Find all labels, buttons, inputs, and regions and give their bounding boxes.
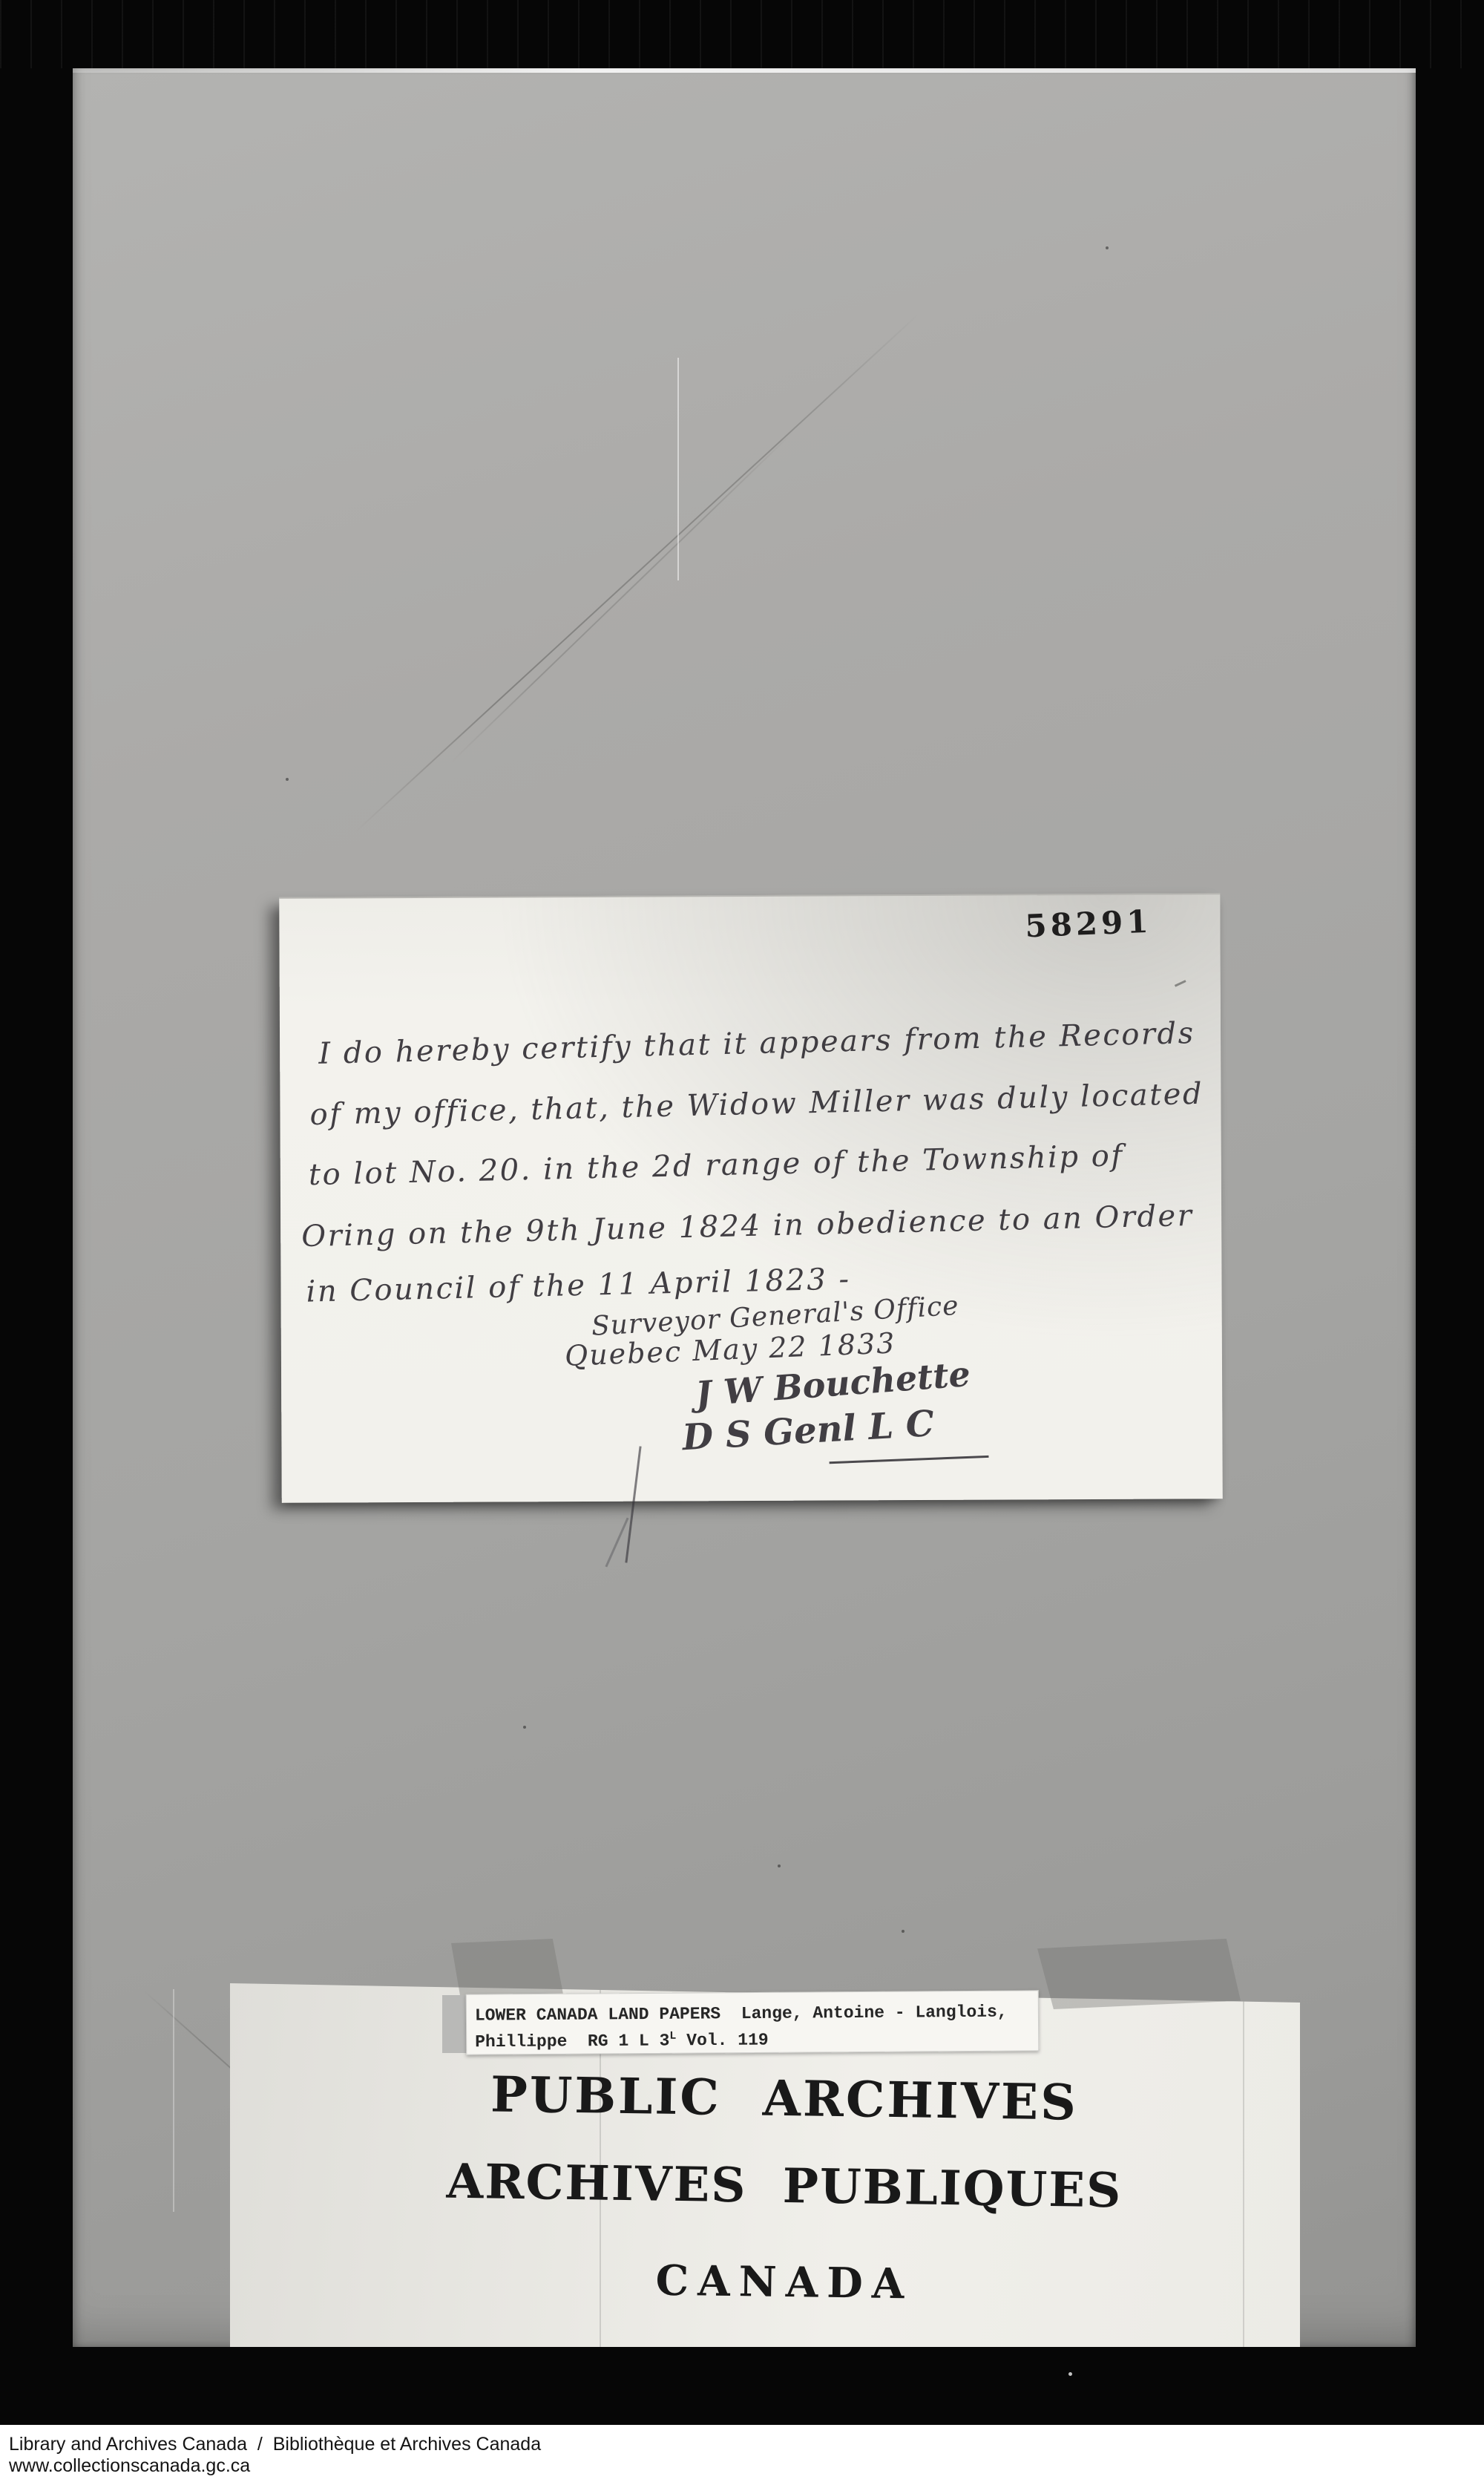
label-line-2-text: Phillippe RG 1 L 3: [475, 2031, 669, 2052]
paper-scratch: [173, 1989, 174, 2212]
signature-underline: [830, 1456, 989, 1464]
footer-url: www.collectionscanada.gc.ca: [9, 2455, 1484, 2477]
handwriting-line: of my office, that, the Widow Miller was…: [309, 1077, 1204, 1132]
footer: Library and Archives Canada / Bibliothèq…: [0, 2425, 1484, 2485]
pencil-mark: [1175, 980, 1186, 987]
paper-speck: [902, 1930, 904, 1933]
certificate-note: 58291 I do hereby certify that it appear…: [279, 893, 1223, 1503]
label-superscript: L: [669, 2030, 676, 2043]
film-scratches: [0, 0, 1484, 68]
paper-speck: [523, 1726, 526, 1729]
paper-speck: [1106, 246, 1109, 249]
paper-crease: [355, 313, 920, 834]
handwriting-line: to lot No. 20. in the 2d range of the To…: [308, 1139, 1124, 1192]
handwriting-line: I do hereby certify that it appears from…: [318, 1016, 1195, 1071]
paper-edge-highlight: [73, 68, 1416, 73]
card-title-french: ARCHIVES PUBLIQUES: [249, 2151, 1320, 2222]
paper-speck: [778, 1864, 781, 1867]
film-background: 58291 I do hereby certify that it appear…: [0, 0, 1484, 2485]
paper-speck: [286, 778, 289, 781]
footer-institution: Library and Archives Canada / Bibliothèq…: [9, 2434, 1484, 2455]
label-volume: Vol. 119: [676, 2031, 768, 2051]
stamp-number: 58291: [1024, 903, 1152, 945]
handwriting-line: Oring on the 9th June 1824 in obedience …: [301, 1199, 1194, 1254]
card-title-english: PUBLIC ARCHIVES: [249, 2062, 1320, 2135]
tape-piece: [1037, 1939, 1241, 2009]
paper-crease: [450, 432, 793, 763]
typed-reference-label: LOWER CANADA LAND PAPERS Lange, Antoine …: [466, 1990, 1040, 2055]
film-speck: [1068, 2372, 1072, 2376]
label-line-2: Phillippe RG 1 L 3L Vol. 119: [475, 2023, 1039, 2053]
label-line-1: LOWER CANADA LAND PAPERS Lange, Antoine …: [475, 2000, 1039, 2026]
card-title-canada: CANADA: [249, 2250, 1320, 2314]
paper-scratch: [677, 358, 679, 580]
